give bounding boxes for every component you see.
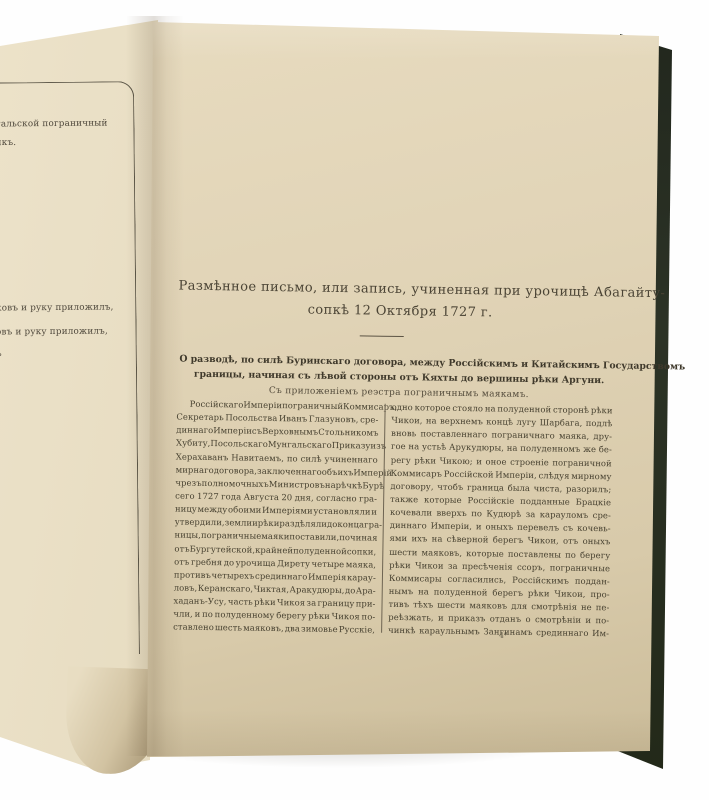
column-right: однокотороестоялонаполуденнойсторонѣрѣки… — [388, 402, 613, 642]
title-divider-rule — [360, 335, 404, 337]
page-title: Размѣнное письмо, или запись, учиненная … — [178, 276, 623, 326]
signature-mark: 4* — [499, 631, 508, 640]
page-content: Размѣнное письмо, или запись, учиненная … — [0, 0, 709, 800]
text-columns: РоссійскагоИмперіипограничныйКоммисаръ,С… — [173, 399, 613, 642]
column-divider-rule — [381, 404, 386, 633]
column-left: РоссійскагоИмперіипограничныйКоммисаръ,С… — [173, 399, 379, 639]
text-line: ставленошестьмаяковъ,двазимовьеРусскіе, — [173, 622, 375, 638]
book-photo: гальской пограничный якъ. ковъ и руку пр… — [0, 0, 709, 800]
section-heading: О разводѣ, по силѣ Буринскаго договора, … — [179, 352, 619, 389]
